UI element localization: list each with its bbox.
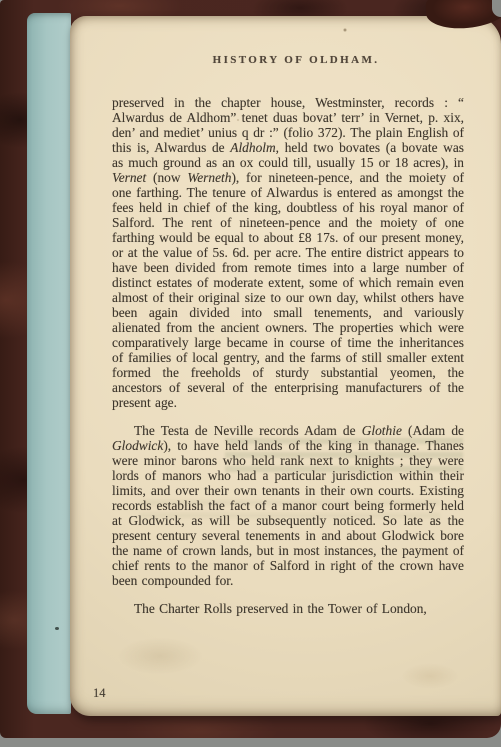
- body-text: (now: [146, 170, 187, 185]
- body-text: The Charter Rolls preserved in the Tower…: [134, 601, 427, 616]
- running-header: HISTORY OF OLDHAM.: [112, 54, 464, 66]
- italic-text: Aldholm: [230, 140, 275, 155]
- italic-text: Glodwick: [112, 438, 163, 453]
- body-text: (Adam de: [402, 423, 464, 438]
- body-text: The Testa de Neville records Adam de: [134, 423, 362, 438]
- paragraph: The Testa de Neville records Adam de Glo…: [112, 423, 464, 588]
- paragraphs: preserved in the chapter house, Westmins…: [112, 95, 464, 616]
- page-number: 14: [93, 686, 106, 701]
- italic-text: Glothie: [362, 423, 402, 438]
- italic-text: Werneth: [187, 170, 231, 185]
- italic-text: Vernet: [112, 170, 146, 185]
- body-text: ), to have held lands of the king in tha…: [112, 438, 464, 588]
- text-column: HISTORY OF OLDHAM. preserved in the chap…: [112, 54, 464, 629]
- body-text: ), for nineteen-pence, and the moiety of…: [112, 170, 464, 410]
- paragraph: preserved in the chapter house, Westmins…: [112, 95, 464, 410]
- paragraph: The Charter Rolls preserved in the Tower…: [112, 601, 464, 616]
- scanned-book-photo: HISTORY OF OLDHAM. preserved in the chap…: [0, 0, 501, 747]
